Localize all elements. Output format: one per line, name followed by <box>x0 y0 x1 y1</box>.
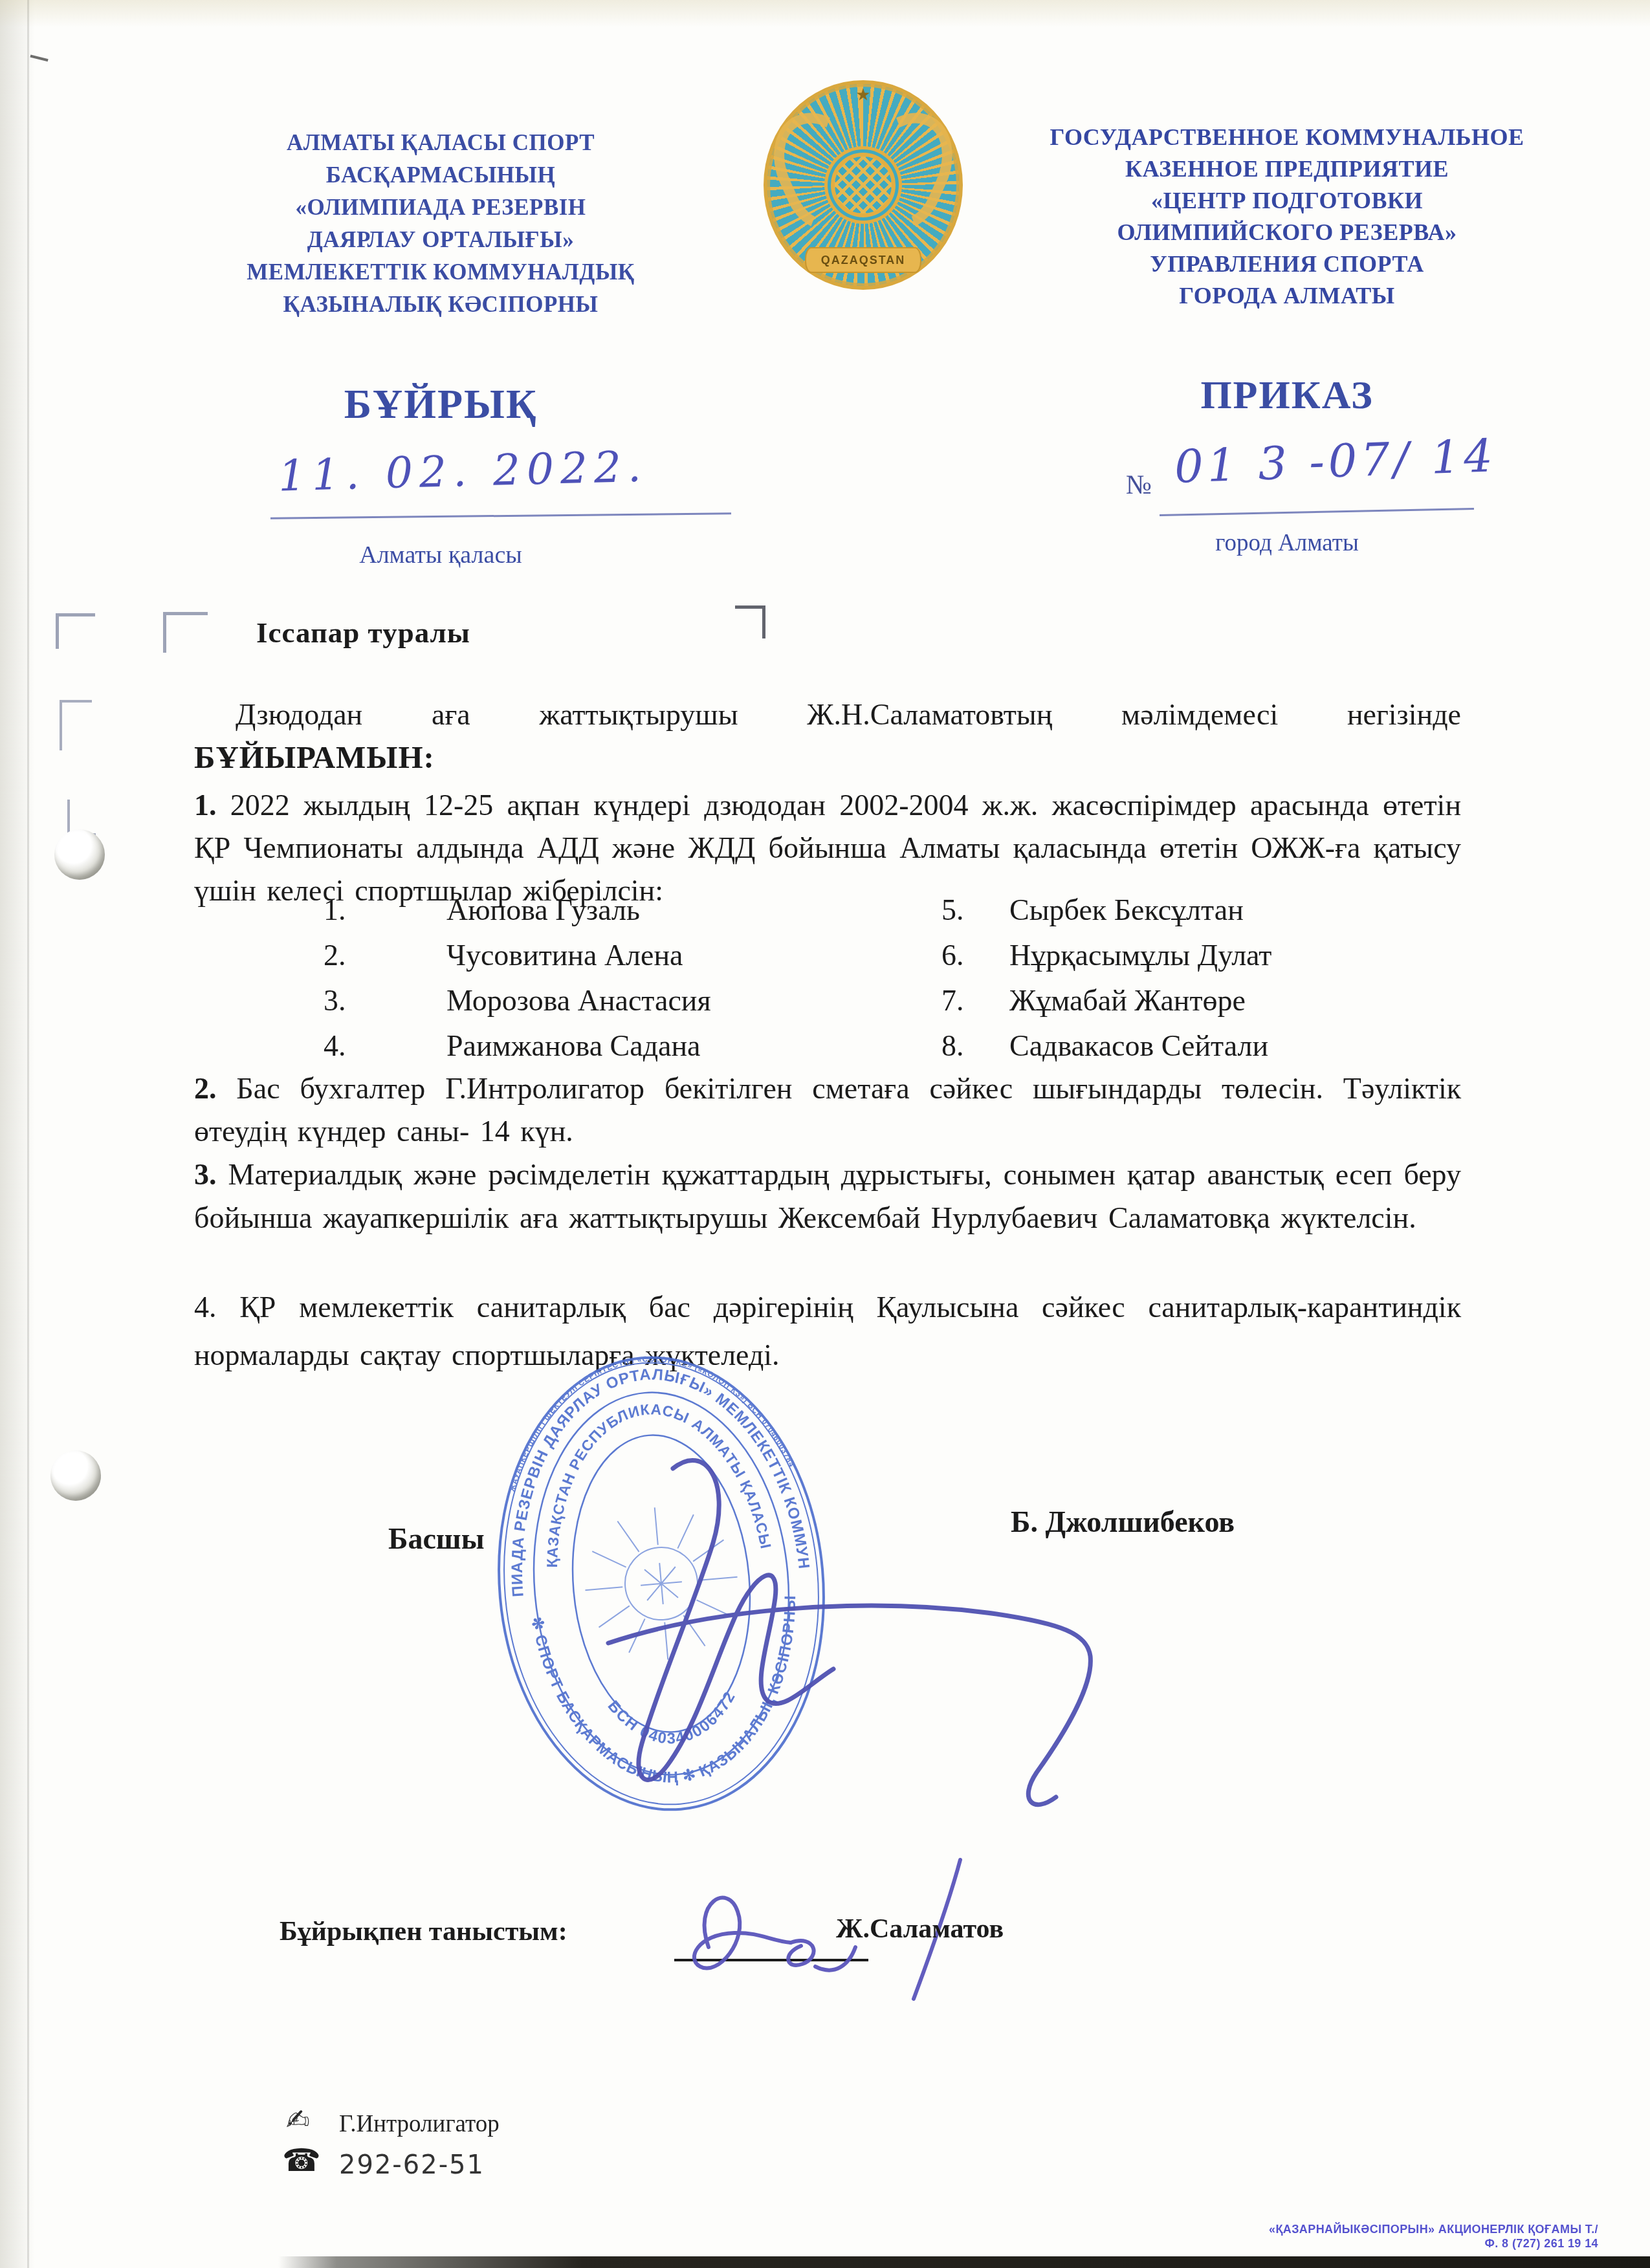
org-name-ru-line: «ЦЕНТР ПОДГОТОВКИ <box>989 185 1585 217</box>
athletes-list: 1.Аюпова Гузаль 2.Чусовитина Алена 3.Мор… <box>194 893 1462 1074</box>
scan-speck <box>30 47 50 61</box>
place-kazakh: Алматы қаласы <box>212 541 669 569</box>
item-number: 3. <box>194 1158 217 1191</box>
list-item: 3.Морозова Анастасия <box>194 983 828 1029</box>
org-name-ru-line: ГОРОДА АЛМАТЫ <box>989 280 1585 312</box>
org-name-kazakh: АЛМАТЫ ҚАЛАСЫ СПОРТ БАСҚАРМАСЫНЫҢ «ОЛИМП… <box>212 127 669 321</box>
scan-edge-line <box>27 0 29 2268</box>
director-signature <box>569 1391 1216 1844</box>
athlete-number: 3. <box>324 983 446 1018</box>
org-name-ru-line: КАЗЕННОЕ ПРЕДПРИЯТИЕ <box>989 153 1585 185</box>
item-text: ҚР мемлекеттік санитарлық бас дәрігеріні… <box>194 1291 1461 1371</box>
athlete-name: Нұрқасымұлы Дулат <box>1009 939 1271 972</box>
athlete-name: Сырбек Бексұлтан <box>1009 893 1244 926</box>
org-name-kk-line: АЛМАТЫ ҚАЛАСЫ СПОРТ <box>212 127 669 159</box>
acknowledger-name: Ж.Саламатов <box>836 1914 1004 1945</box>
item-number: 4. <box>194 1291 217 1324</box>
executor-phone: 292-62-51 <box>339 2150 485 2180</box>
org-name-kk-line: БАСҚАРМАСЫНЫҢ <box>212 159 669 191</box>
punch-hole <box>54 829 105 880</box>
order-item-2: 2. Бас бухгалтер Г.Интролигатор бекітілг… <box>194 1067 1461 1153</box>
place-russian: город Алматы <box>989 529 1585 557</box>
crop-mark <box>163 612 208 653</box>
org-name-kk-line: ДАЯРЛАУ ОРТАЛЫҒЫ» <box>212 224 669 256</box>
number-line <box>1160 508 1474 516</box>
athlete-name: Чусовитина Алена <box>446 939 683 972</box>
order-item-3: 3. Материалдық және рәсімделетін құжатта… <box>194 1153 1461 1239</box>
resolve-word: БҰЙЫРАМЫН: <box>194 739 435 776</box>
crop-mark <box>56 613 95 649</box>
org-name-ru-line: УПРАВЛЕНИЯ СПОРТА <box>989 248 1585 280</box>
list-item: 6.Нұрқасымұлы Дулат <box>828 938 1462 983</box>
executor-name: Г.Интролигатор <box>339 2110 500 2138</box>
crop-mark <box>735 605 765 638</box>
org-name-russian: ГОСУДАРСТВЕННОЕ КОММУНАЛЬНОЕ КАЗЕННОЕ ПР… <box>989 122 1585 312</box>
emblem-shanyrak <box>831 153 896 217</box>
list-item: 5.Сырбек Бексұлтан <box>828 893 1462 938</box>
athlete-number: 2. <box>324 938 446 972</box>
scanned-order-document: АЛМАТЫ ҚАЛАСЫ СПОРТ БАСҚАРМАСЫНЫҢ «ОЛИМП… <box>0 0 1650 2268</box>
date-line <box>270 512 731 519</box>
emblem-star-icon: ★ <box>855 85 870 105</box>
item-number: 2. <box>194 1072 217 1105</box>
kazakhstan-coat-of-arms: ★ QAZAQSTAN <box>764 80 963 290</box>
athlete-name: Раимжанова Садана <box>446 1029 701 1062</box>
athlete-number: 8. <box>941 1029 1009 1063</box>
print-shop-fine-print: «ҚАЗАРНАЙЫКӘСІПОРЫН» АКЦИОНЕРЛІК ҚОҒАМЫ … <box>1262 2222 1598 2251</box>
athlete-name: Садвакасов Сейтали <box>1009 1029 1268 1062</box>
org-name-kk-line: ҚАЗЫНАЛЫҚ КӘСІПОРНЫ <box>212 289 669 321</box>
org-name-ru-line: ГОСУДАРСТВЕННОЕ КОММУНАЛЬНОЕ <box>989 122 1585 153</box>
athlete-number: 6. <box>941 938 1009 972</box>
list-item: 2.Чусовитина Алена <box>194 938 828 983</box>
athlete-name: Аюпова Гузаль <box>446 893 640 926</box>
item-number: 1. <box>194 789 217 822</box>
list-item: 7.Жұмабай Жантөре <box>828 983 1462 1029</box>
signer-name: Б. Джолшибеков <box>1011 1505 1235 1539</box>
item-text: Бас бухгалтер Г.Интролигатор бекітілген … <box>194 1072 1461 1148</box>
athlete-number: 5. <box>941 893 1009 927</box>
item-text: Материалдық және рәсімделетін құжаттарды… <box>194 1158 1461 1234</box>
acknowledgement-label: Бұйрықпен таныстым: <box>280 1916 567 1947</box>
number-sign: № <box>1126 470 1152 501</box>
order-title-kazakh: БҰЙРЫҚ <box>212 380 669 428</box>
crop-mark <box>60 700 92 750</box>
handwritten-order-number: 01 3 -07/ 14 <box>1174 429 1497 493</box>
phone-icon: ☎ <box>282 2143 321 2179</box>
pen-icon: ✍ <box>286 2104 310 2137</box>
signer-position: Басшы <box>388 1521 485 1556</box>
athlete-number: 7. <box>941 983 1009 1018</box>
order-item-4: 4. ҚР мемлекеттік санитарлық бас дәрігер… <box>194 1283 1461 1379</box>
org-name-ru-line: ОЛИМПИЙСКОГО РЕЗЕРВА» <box>989 217 1585 248</box>
org-name-kk-line: МЕМЛЕКЕТТІК КОММУНАЛДЫҚ <box>212 256 669 289</box>
athlete-name: Морозова Анастасия <box>446 984 711 1017</box>
intro-paragraph: Дзюдодан аға жаттықтырушы Ж.Н.Саламатовт… <box>194 693 1461 736</box>
subject-line: Іссапар туралы <box>256 616 470 649</box>
list-item: 1.Аюпова Гузаль <box>194 893 828 938</box>
item-text: 2022 жылдың 12-25 ақпан күндері дзюдодан… <box>194 789 1461 907</box>
order-title-russian: ПРИКАЗ <box>989 373 1585 419</box>
athlete-number: 4. <box>324 1029 446 1063</box>
scan-bottom-edge <box>0 2256 1650 2268</box>
emblem-banner: QAZAQSTAN <box>805 247 921 273</box>
punch-hole <box>50 1450 101 1501</box>
athlete-name: Жұмабай Жантөре <box>1009 984 1246 1017</box>
athlete-number: 1. <box>324 893 446 927</box>
handwritten-date: 11. 02. 2022. <box>278 442 648 501</box>
org-name-kk-line: «ОЛИМПИАДА РЕЗЕРВІН <box>212 191 669 224</box>
